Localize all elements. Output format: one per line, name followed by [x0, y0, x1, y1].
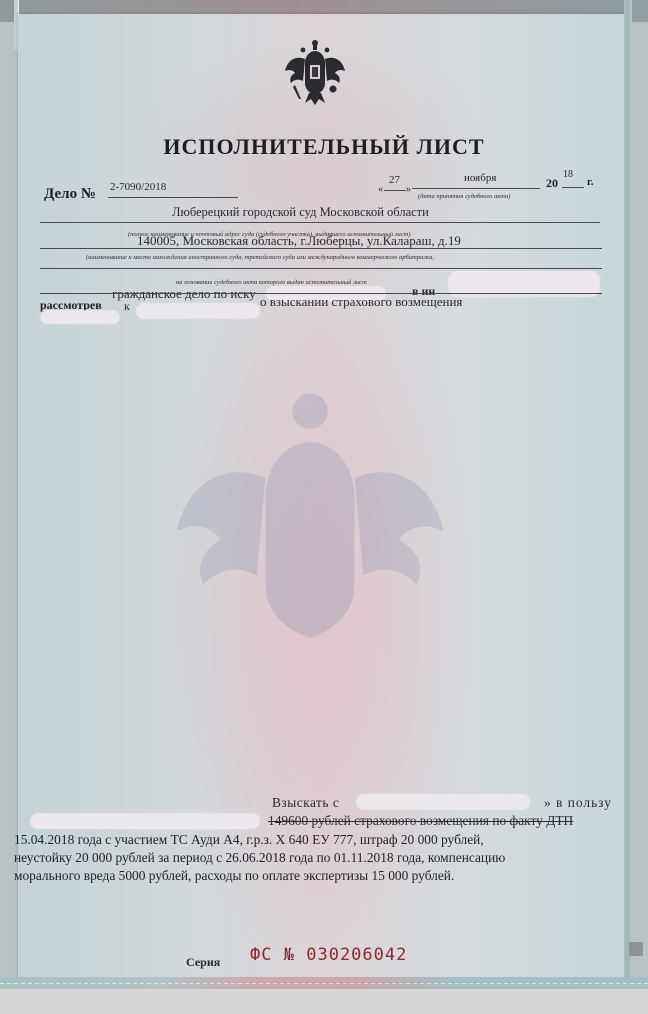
resolution-lead-tail: » в пользу	[544, 795, 612, 811]
case-text-k: к	[124, 299, 130, 314]
security-mark	[629, 942, 643, 956]
serial-label: Серия	[186, 955, 220, 970]
date-year-line	[562, 187, 584, 188]
foreign-court-caption: (наименование и место нахождения иностра…	[86, 254, 434, 261]
court-address-line	[40, 248, 602, 249]
court-name-line	[40, 222, 600, 223]
date-day: 27	[389, 174, 400, 186]
date-month-line	[412, 188, 540, 189]
case-label: Дело №	[44, 186, 96, 203]
resolution-lead: Взыскать с	[272, 795, 339, 811]
security-band-dashes	[0, 983, 648, 984]
court-name: Люберецкий городской суд Московской обла…	[172, 205, 429, 220]
document-title: ИСПОЛНИТЕЛЬНЫЙ ЛИСТ	[0, 134, 648, 160]
date-month: ноября	[464, 172, 496, 184]
redacted-defendant	[136, 303, 260, 319]
case-number: 2-7090/2018	[110, 181, 166, 193]
basis-caption: на основании судебного акта которого выд…	[176, 279, 367, 286]
date-day-line	[384, 190, 406, 191]
serial-series: ФС	[250, 945, 272, 965]
redacted-debtor	[356, 794, 530, 810]
serial-number-block: ФС № 030206042	[250, 945, 407, 965]
resolution-line4: неустойку 20 000 рублей за период с 26.0…	[14, 849, 609, 868]
date-year-unit: г.	[587, 176, 594, 188]
serial-number-sign: №	[284, 945, 295, 965]
coat-of-arms-icon	[279, 37, 351, 109]
resolution-line2: 149600 рублей страхового возмещения по ф…	[268, 813, 573, 829]
resolution-line5: морального вреда 5000 рублей, расходы по…	[14, 867, 609, 886]
resolution-line3: 15.04.2018 года с участием ТС Ауди А4, г…	[14, 831, 609, 850]
date-open-quote: «	[378, 184, 383, 195]
case-text-suffix: о взыскании страхового возмещения	[260, 294, 462, 310]
date-caption: (дата принятия судебного акта)	[418, 193, 510, 200]
case-number-line	[108, 197, 238, 198]
redacted-creditor	[30, 813, 260, 829]
background-surface-bottom	[0, 989, 648, 1014]
redacted-name	[40, 310, 120, 324]
serial-number: 030206042	[306, 945, 407, 965]
date-close-quote: »	[406, 184, 411, 195]
watermark-emblem-icon	[150, 330, 470, 750]
date-year-prefix: 20	[546, 176, 558, 191]
case-text-line1: гражданское дело по иску	[112, 286, 256, 302]
date-year-suffix: 18	[563, 169, 573, 180]
foreign-court-line	[40, 268, 602, 269]
court-address: 140005, Московская область, г.Люберцы, у…	[137, 233, 461, 249]
